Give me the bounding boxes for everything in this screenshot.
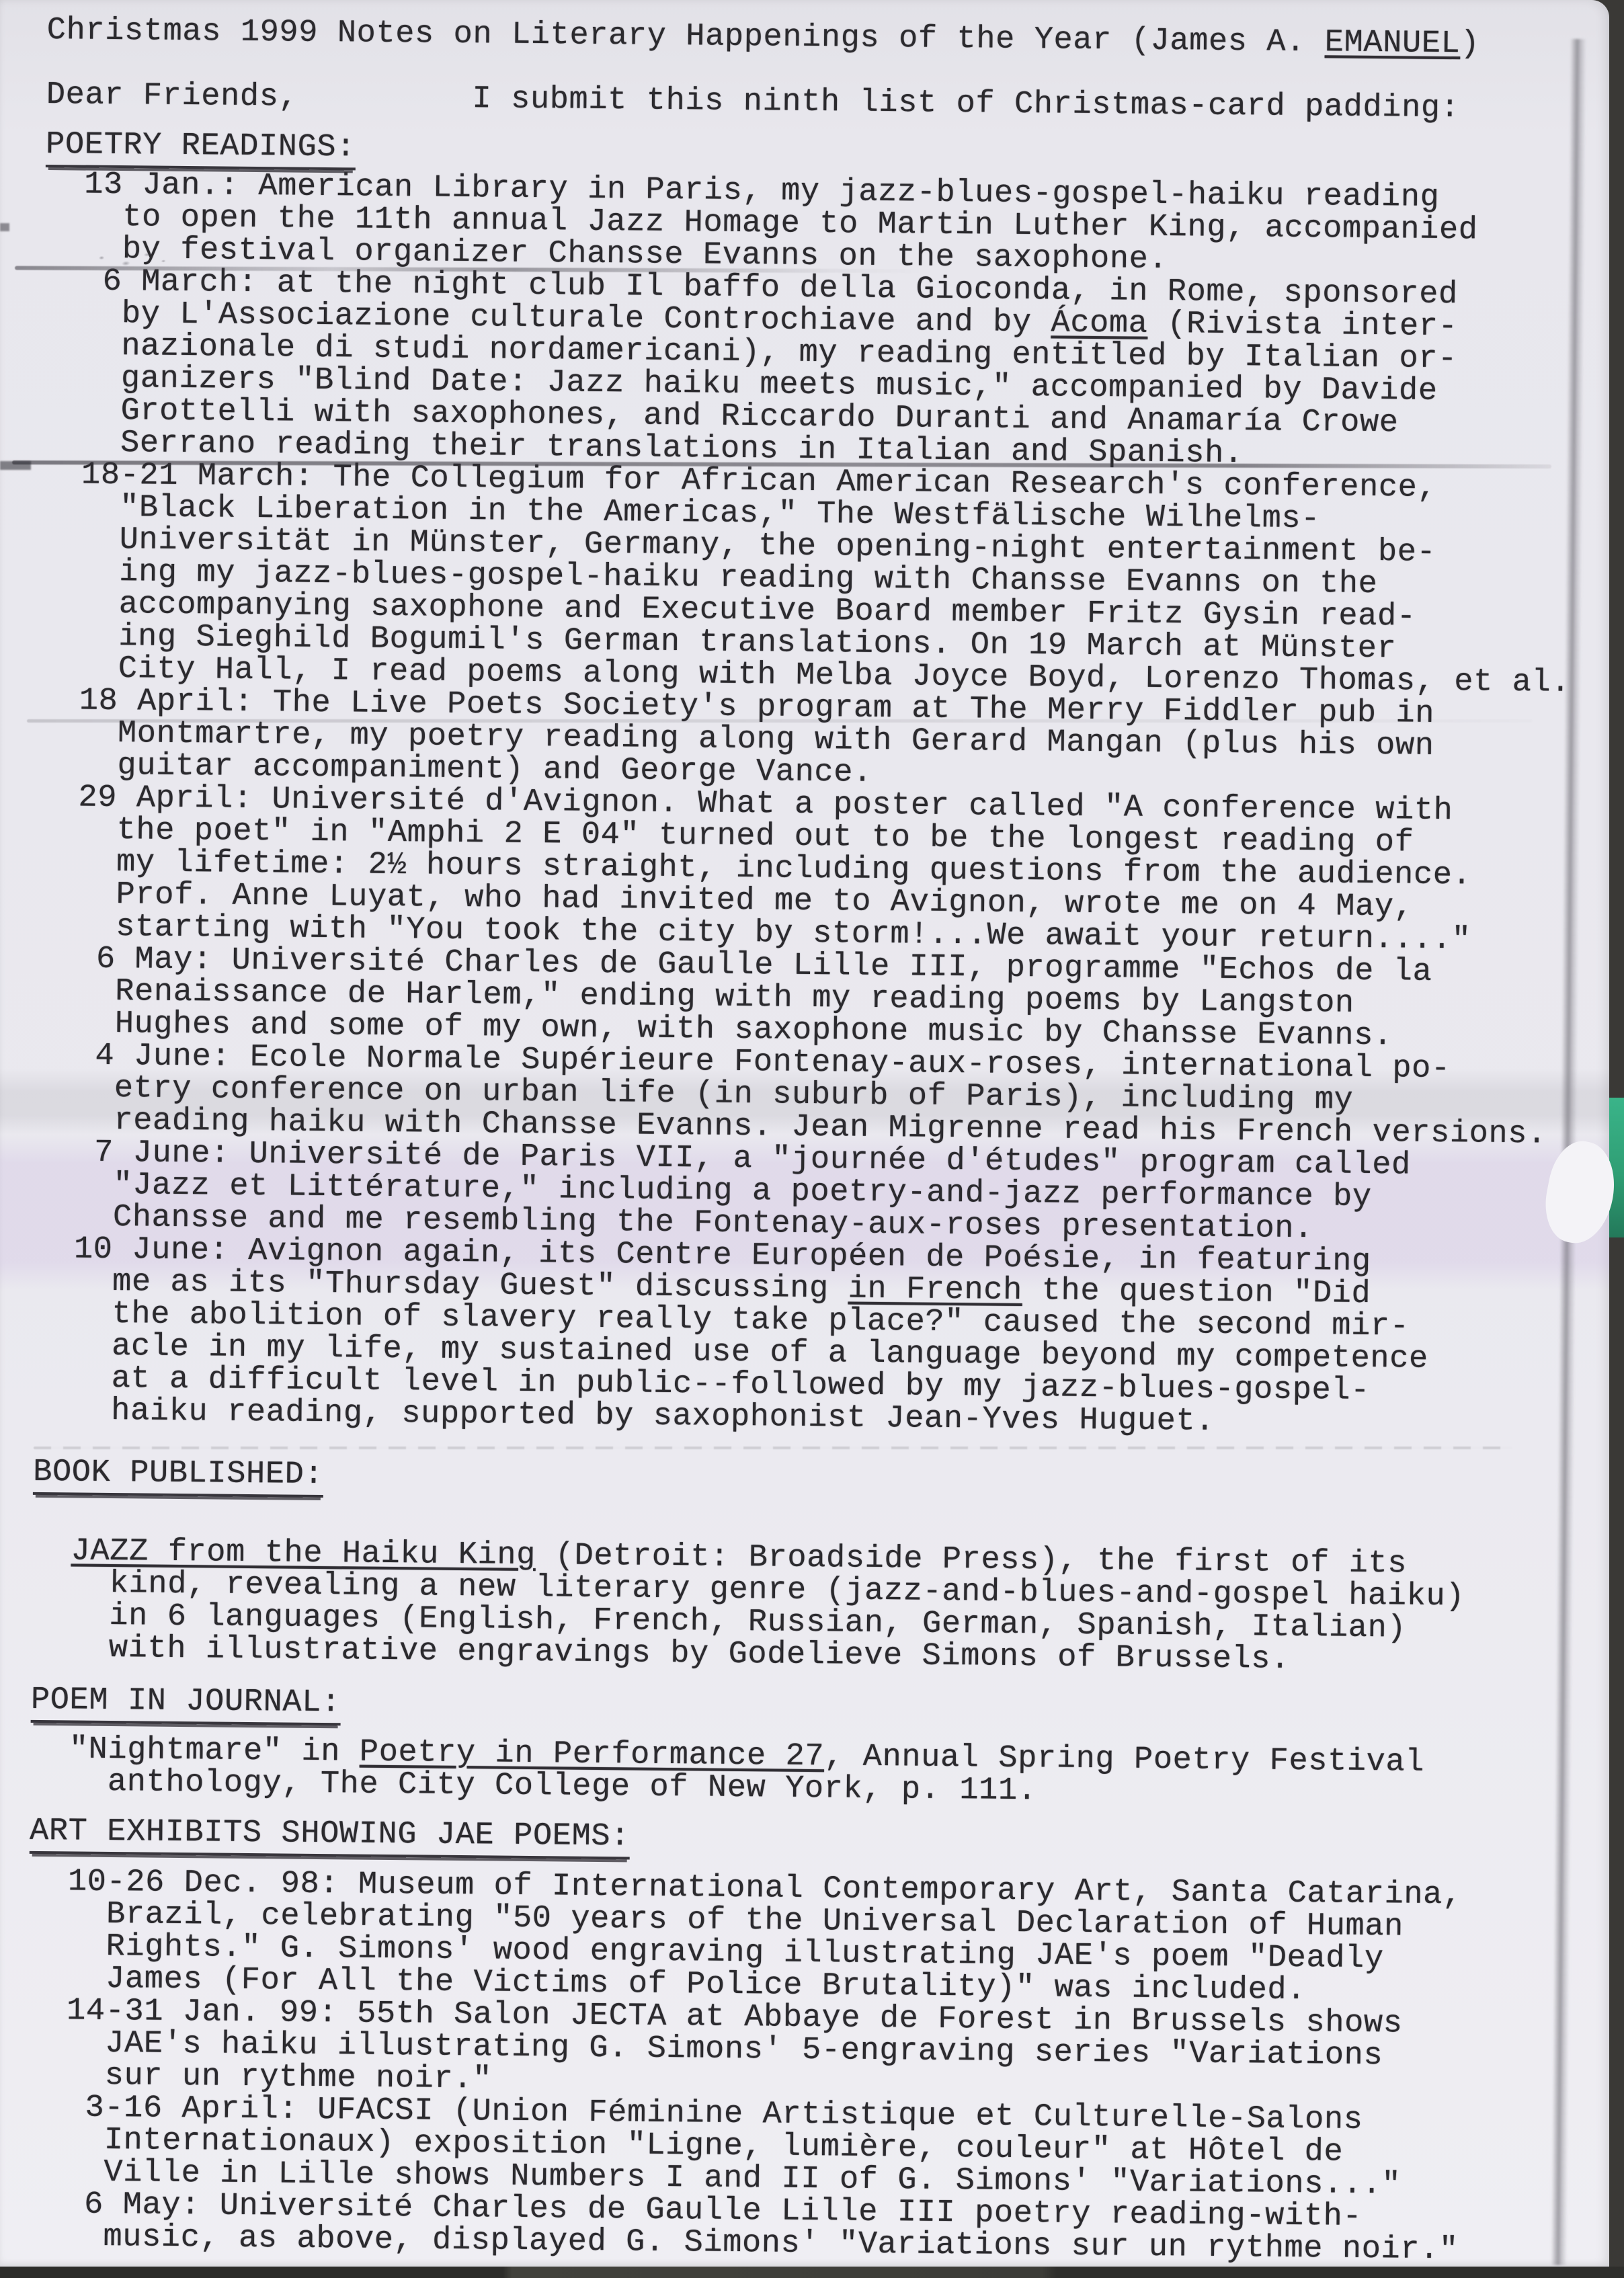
- underlined-text: in French: [848, 1272, 1022, 1309]
- letter-content: Christmas 1999 Notes on Literary Happeni…: [26, 15, 1613, 2268]
- section-heading: BOOK PUBLISHED:: [33, 1457, 1599, 1510]
- page-title: Christmas 1999 Notes on Literary Happeni…: [47, 15, 1613, 62]
- green-bookmark-tab: [1609, 1098, 1624, 1237]
- salutation: Dear Friends, I submit this ninth list o…: [46, 79, 1613, 126]
- section-heading-text: POEM IN JOURNAL:: [31, 1684, 341, 1725]
- underlined-text: Ácoma: [1051, 305, 1148, 341]
- section-heading-text: BOOK PUBLISHED:: [33, 1457, 324, 1498]
- scanned-letter: { "document": { "title": "Christmas 1999…: [0, 0, 1624, 2278]
- scan-edge-mark: [0, 223, 9, 231]
- scan-edge-mark: [0, 461, 31, 470]
- section-heading: ART EXHIBITS SHOWING JAE POEMS:: [30, 1816, 1596, 1869]
- section-heading-text: POETRY READINGS:: [46, 129, 356, 170]
- paper-page: Christmas 1999 Notes on Literary Happeni…: [0, 0, 1609, 2267]
- underlined-text: EMANUEL: [1325, 25, 1461, 62]
- scanner-background-bottom: [0, 2267, 1624, 2278]
- section-heading-text: ART EXHIBITS SHOWING JAE POEMS:: [30, 1816, 630, 1860]
- section-heading: POEM IN JOURNAL:: [31, 1684, 1597, 1738]
